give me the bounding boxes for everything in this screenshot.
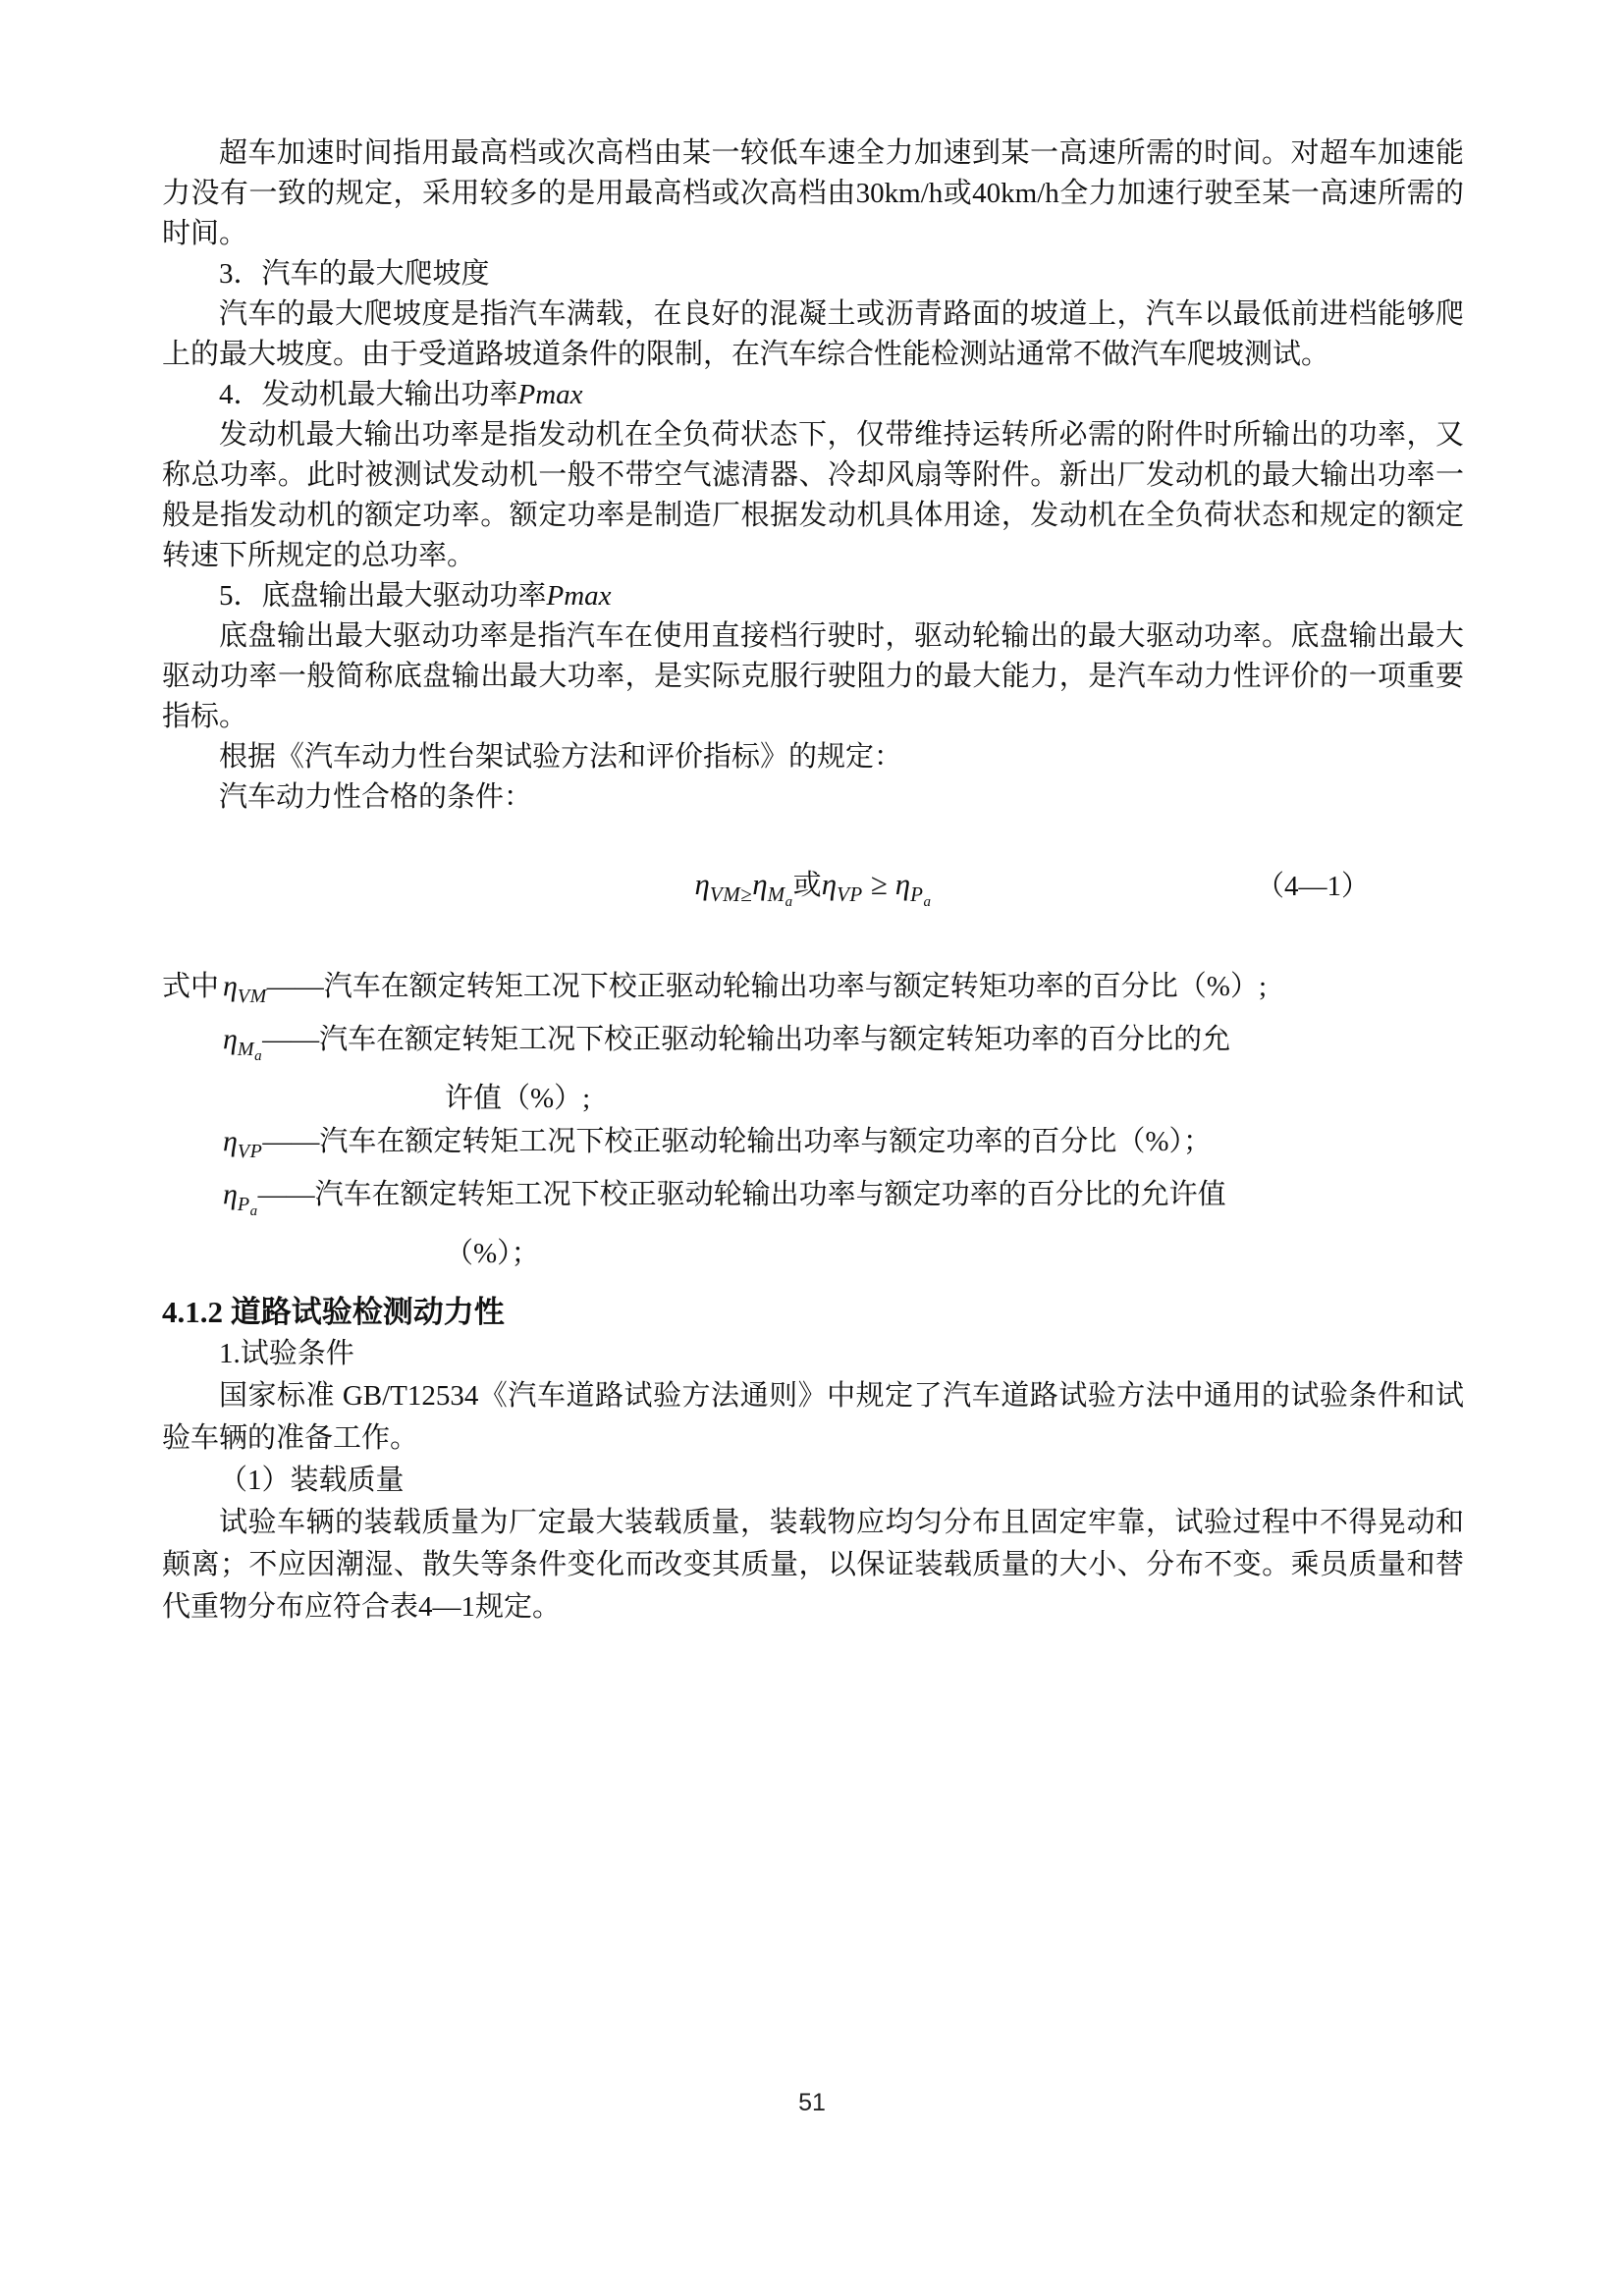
eta-subscript-vm: VM≥ bbox=[710, 882, 752, 906]
paragraph-national-standard: 国家标准 GB/T12534《汽车道路试验方法通则》中规定了汽车道路试验方法中通… bbox=[162, 1375, 1464, 1460]
page-content: 超车加速时间指用最高档或次高档由某一较低车速全力加速到某一高速所需的时间。对超车… bbox=[162, 133, 1464, 1629]
paragraph-chassis-max-power: 底盘输出最大驱动功率是指汽车在使用直接档行驶时，驱动轮输出的最大驱动功率。底盘输… bbox=[162, 616, 1464, 737]
paragraph-qualification-condition: 汽车动力性合格的条件： bbox=[162, 777, 1464, 818]
eta-ma-symbol: ηMa bbox=[223, 1024, 262, 1055]
eta-subscript-ma: Ma bbox=[768, 882, 793, 906]
section-4-1-2: 4.1.2 道路试验检测动力性 1.试验条件 国家标准 GB/T12534《汽车… bbox=[162, 1291, 1464, 1629]
definition-eta-ma-continued: 许值（%）; bbox=[162, 1078, 1464, 1120]
subscript-m: M bbox=[768, 882, 785, 906]
section-heading-4-1-2: 4.1.2 道路试验检测动力性 bbox=[162, 1291, 1464, 1333]
subscript-a: a bbox=[785, 894, 793, 910]
subscript-a: a bbox=[923, 894, 931, 910]
definition-text: ——汽车在额定转矩工况下校正驱动轮输出功率与额定转矩功率的百分比（%）; bbox=[267, 971, 1267, 1002]
subheading-test-conditions: 1.试验条件 bbox=[162, 1333, 1464, 1375]
item-4-engine-max-power: 4．发动机最大输出功率Pmax bbox=[162, 375, 1464, 415]
eta-subscript-pa: Pa bbox=[910, 882, 931, 906]
item-5-pmax-symbol: Pmax bbox=[547, 580, 612, 612]
item-5-label: 5．底盘输出最大驱动功率 bbox=[219, 580, 547, 612]
symbol-definitions: 式中ηVM——汽车在额定转矩工况下校正驱动轮输出功率与额定转矩功率的百分比（%）… bbox=[162, 965, 1464, 1274]
eta-subscript-vp: VP bbox=[837, 882, 863, 906]
page-number: 51 bbox=[0, 2089, 1624, 2117]
paragraph-overtaking-acceleration: 超车加速时间指用最高档或次高档由某一较低车速全力加速到某一高速所需的时间。对超车… bbox=[162, 133, 1464, 254]
eta-vm-symbol: ηVM bbox=[223, 971, 267, 1002]
geq-operator: ≥ bbox=[863, 867, 895, 901]
definition-eta-pa-continued: （%）； bbox=[162, 1233, 1464, 1275]
eta-vp-symbol: ηVP bbox=[223, 1126, 262, 1157]
eta-symbol: η bbox=[895, 867, 910, 901]
paragraph-engine-max-power: 发动机最大输出功率是指发动机在全负荷状态下，仅带维持运转所必需的附件时所输出的功… bbox=[162, 415, 1464, 576]
eta-symbol: η bbox=[695, 867, 710, 901]
subscript-p: P bbox=[910, 882, 923, 906]
where-label: 式中 bbox=[162, 966, 223, 1008]
definition-eta-pa: ηPa——汽车在额定转矩工况下校正驱动轮输出功率与额定功率的百分比的允许值 bbox=[162, 1173, 1464, 1233]
paragraph-max-gradeability: 汽车的最大爬坡度是指汽车满载，在良好的混凝土或沥青路面的坡道上，汽车以最低前进档… bbox=[162, 294, 1464, 375]
eta-symbol: η bbox=[822, 867, 837, 901]
item-5-chassis-max-power: 5．底盘输出最大驱动功率Pmax bbox=[162, 576, 1464, 616]
equation-expression: ηVM≥ηMa或ηVP≥ηPa bbox=[695, 867, 932, 901]
document-page: 超车加速时间指用最高档或次高档由某一较低车速全力加速到某一高速所需的时间。对超车… bbox=[0, 0, 1624, 2296]
subheading-loading-mass: （1）装载质量 bbox=[162, 1460, 1464, 1502]
definition-text: ——汽车在额定转矩工况下校正驱动轮输出功率与额定转矩功率的百分比的允 bbox=[262, 1024, 1230, 1055]
equation-4-1: ηVM≥ηMa或ηVP≥ηPa （4—1） bbox=[162, 863, 1464, 924]
equation-number: （4—1） bbox=[1256, 865, 1370, 908]
definition-eta-vm: 式中ηVM——汽车在额定转矩工况下校正驱动轮输出功率与额定转矩功率的百分比（%）… bbox=[162, 965, 1464, 1018]
definition-text: ——汽车在额定转矩工况下校正驱动轮输出功率与额定功率的百分比的允许值 bbox=[258, 1179, 1226, 1210]
definition-text: ——汽车在额定转矩工况下校正驱动轮输出功率与额定功率的百分比（%）； bbox=[262, 1126, 1212, 1157]
item-3-max-gradeability: 3．汽车的最大爬坡度 bbox=[162, 254, 1464, 294]
or-word: 或 bbox=[793, 870, 822, 901]
item-4-pmax-symbol: Pmax bbox=[518, 379, 583, 410]
eta-pa-symbol: ηPa bbox=[223, 1179, 258, 1210]
definition-eta-vp: ηVP——汽车在额定转矩工况下校正驱动轮输出功率与额定功率的百分比（%）； bbox=[162, 1120, 1464, 1173]
definition-eta-ma: ηMa——汽车在额定转矩工况下校正驱动轮输出功率与额定转矩功率的百分比的允 bbox=[162, 1018, 1464, 1078]
eta-symbol: η bbox=[752, 867, 767, 901]
paragraph-loading-mass: 试验车辆的装载质量为厂定最大装载质量，装载物应均匀分布且固定牢靠，试验过程中不得… bbox=[162, 1502, 1464, 1629]
paragraph-standard-reference: 根据《汽车动力性台架试验方法和评价指标》的规定： bbox=[162, 737, 1464, 777]
item-4-label: 4．发动机最大输出功率 bbox=[219, 379, 518, 410]
